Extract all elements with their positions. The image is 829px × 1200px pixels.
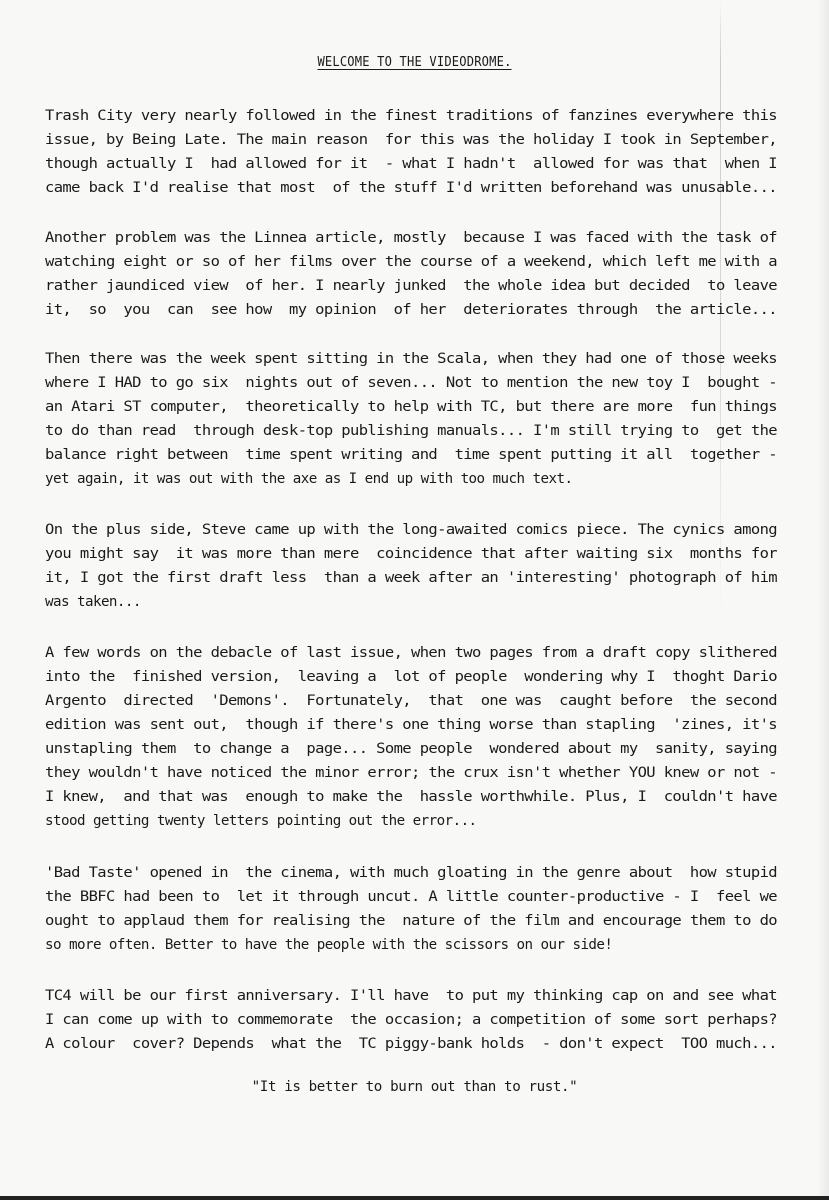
text-line: Argento directed 'Demons'. Fortunately, … (45, 689, 829, 713)
text-line: TC4 will be our first anniversary. I'll … (45, 984, 829, 1008)
document-page: WELCOME TO THE VIDEODROME. Trash City ve… (0, 0, 829, 1200)
paragraph: A few words on the debacle of last issue… (45, 641, 785, 833)
text-line: so more often. Better to have the people… (45, 933, 785, 957)
paragraph: Trash City very nearly followed in the f… (45, 104, 785, 200)
text-line: A colour cover? Depends what the TC pigg… (45, 1032, 829, 1056)
text-line: to do than read through desk-top publish… (45, 419, 829, 443)
text-line: Another problem was the Linnea article, … (45, 226, 829, 250)
text-line: Then there was the week spent sitting in… (45, 347, 829, 371)
paragraph: Then there was the week spent sitting in… (45, 347, 785, 491)
page-title: WELCOME TO THE VIDEODROME. (29, 55, 800, 70)
text-line: where I HAD to go six nights out of seve… (45, 371, 829, 395)
text-line: yet again, it was out with the axe as I … (45, 467, 785, 491)
text-line: ought to applaud them for realising the … (45, 909, 829, 933)
text-line: the BBFC had been to let it through uncu… (45, 885, 829, 909)
text-line: edition was sent out, though if there's … (45, 713, 829, 737)
text-line: it, I got the first draft less than a we… (45, 566, 829, 590)
text-line: Trash City very nearly followed in the f… (45, 104, 829, 128)
text-line: they wouldn't have noticed the minor err… (45, 761, 829, 785)
text-line: unstapling them to change a page... Some… (45, 737, 829, 761)
text-line: I knew, and that was enough to make the … (45, 785, 829, 809)
text-line: came back I'd realise that most of the s… (45, 176, 829, 200)
scan-bottom-edge (0, 1196, 829, 1200)
text-line: balance right between time spent writing… (45, 443, 829, 467)
text-line: though actually I had allowed for it - w… (45, 152, 829, 176)
text-line: it, so you can see how my opinion of her… (45, 298, 829, 322)
closing-quote: "It is better to burn out than to rust." (0, 1079, 829, 1095)
text-line: I can come up with to commemorate the oc… (45, 1008, 829, 1032)
text-line: an Atari ST computer, theoretically to h… (45, 395, 829, 419)
paragraph: TC4 will be our first anniversary. I'll … (45, 984, 785, 1056)
text-line: into the finished version, leaving a lot… (45, 665, 829, 689)
text-line: 'Bad Taste' opened in the cinema, with m… (45, 861, 829, 885)
text-line: issue, by Being Late. The main reason fo… (45, 128, 829, 152)
text-line: On the plus side, Steve came up with the… (45, 518, 829, 542)
text-line: A few words on the debacle of last issue… (45, 641, 829, 665)
text-line: was taken... (45, 590, 785, 614)
paragraph: Another problem was the Linnea article, … (45, 226, 785, 322)
text-line: watching eight or so of her films over t… (45, 250, 829, 274)
paragraph: 'Bad Taste' opened in the cinema, with m… (45, 861, 785, 957)
text-line: rather jaundiced view of her. I nearly j… (45, 274, 829, 298)
text-line: you might say it was more than mere coin… (45, 542, 829, 566)
text-line: stood getting twenty letters pointing ou… (45, 809, 785, 833)
paragraph: On the plus side, Steve came up with the… (45, 518, 785, 614)
